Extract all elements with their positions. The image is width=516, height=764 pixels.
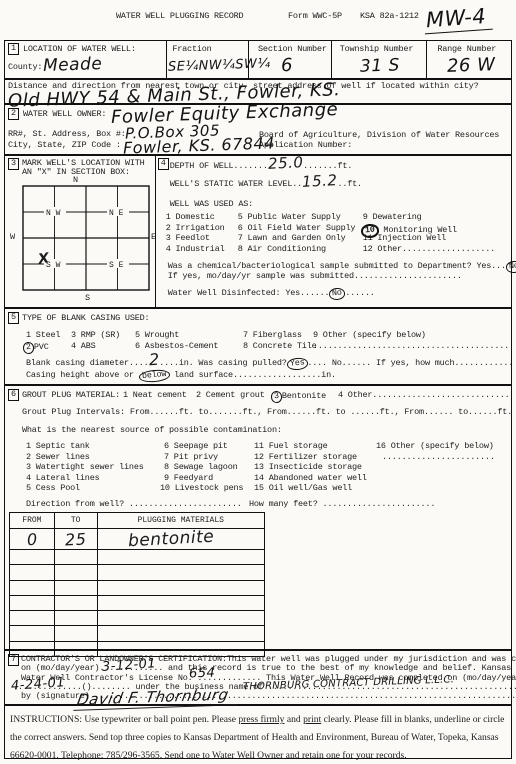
bentonite-circled-number: 3 <box>271 391 283 403</box>
section1-col-county: 1 LOCATION OF WATER WELL: County: Meade <box>5 41 167 78</box>
city-state-zip-label: City, State, ZIP Code : <box>8 141 121 151</box>
casing-height-label: Casing height above or <box>26 370 139 380</box>
table-row <box>10 580 265 595</box>
sample-date-line: If yes, mo/day/yr sample was submitted..… <box>168 272 462 282</box>
casing-diameter-line: Blank casing diameter.... 2 ....in. Was … <box>26 358 513 370</box>
contam-watertight-sewer: 3 Watertight sewer lines <box>26 463 144 473</box>
contam-cess-pool: 5 Cess Pool <box>26 484 80 494</box>
bentonite-label: Bentonite <box>282 391 326 401</box>
casing-option-pvc: 2PVC <box>23 342 49 354</box>
casing-option-wrought: 5 Wrought <box>135 331 179 341</box>
casing-other-dots: ........................................ <box>313 342 509 352</box>
range-number-value-handwritten: 26 W <box>447 54 496 77</box>
how-many-feet-question: How many feet? ....................... <box>249 500 435 510</box>
section-number-label: Section Number <box>258 45 327 55</box>
contamination-question: What is the nearest source of possible c… <box>22 426 282 436</box>
scanned-form-page: { "header": { "title": "WATER WELL PLUGG… <box>0 0 516 764</box>
section1-col-section: Section Number 6 <box>249 41 332 78</box>
depth-suffix: .......ft. <box>303 161 352 171</box>
compass-south-label: S <box>85 294 90 304</box>
from-cell: 0 <box>10 529 55 550</box>
section-grid-sketch: N W N E S W S E X <box>22 185 150 291</box>
section5-number: 5 <box>8 312 19 324</box>
table-row <box>10 565 265 580</box>
section6-title: GROUT PLUG MATERIAL: <box>22 391 120 401</box>
license-number-handwritten: 654 <box>189 666 216 682</box>
city-state-zip-value-handwritten: Fowler, KS. 67844 <box>123 133 275 157</box>
from-cell <box>10 626 55 641</box>
from-cell <box>10 580 55 595</box>
use-option-oil-field: 6 Oil Field Water Supply <box>238 224 356 234</box>
casing-diameter-label: Blank casing diameter.... <box>26 358 149 368</box>
pvc-circled-number: 2 <box>23 341 35 353</box>
material-value-handwritten: bentonite <box>127 527 214 551</box>
section5-title: TYPE OF BLANK CASING USED: <box>22 314 149 324</box>
grout-plug-intervals-line: Grout Plug Intervals: From......ft. to..… <box>22 408 512 418</box>
grout-option-cement-grout: 2 Cement grout <box>196 391 265 401</box>
section7-number: 7 <box>8 654 19 666</box>
depth-of-well-line: DEPTH OF WELL....... 25.0 .......ft. <box>170 161 352 172</box>
instructions-press-firmly-underlined: press firmly <box>238 714 284 725</box>
use-option-lawn-garden: 7 Lawn and Garden Only <box>238 234 346 244</box>
contam-fuel-storage: 11 Fuel storage <box>254 442 328 452</box>
township-number-value-handwritten: 31 S <box>359 55 400 76</box>
instructions-text: INSTRUCTIONS: Use typewriter or ball poi… <box>10 714 504 761</box>
table-row <box>10 550 265 565</box>
from-cell <box>10 611 55 626</box>
well-location-x-mark-handwritten: X <box>36 250 51 268</box>
material-cell <box>97 580 264 595</box>
casing-option-rmp: 3 RMP (SR) <box>71 331 120 341</box>
use-option-public-water: 5 Public Water Supply <box>238 213 341 223</box>
section6-number: 6 <box>8 389 19 401</box>
disinfected-question: Water Well Disinfected: Yes...... <box>168 288 330 298</box>
section4-number: 4 <box>158 158 169 170</box>
material-cell <box>97 626 264 641</box>
distance-row: Distance and direction from nearest town… <box>4 79 512 104</box>
quadrant-se-label: S E <box>109 261 124 270</box>
form-number: Form WWC-5P <box>288 12 342 22</box>
pvc-label: PVC <box>34 342 49 352</box>
quadrant-ne-label: N E <box>109 209 124 218</box>
casing-pulled-question: ....in. Was casing pulled? <box>159 358 286 368</box>
address-label: RR#, St. Address, Box #: <box>8 130 126 140</box>
township-number-label: Township Number <box>340 45 414 55</box>
table-row <box>10 611 265 626</box>
contam-septic-tank: 1 Septic tank <box>26 442 90 452</box>
fraction-label: Fraction <box>172 45 211 55</box>
casing-pulled-yes-circled: Yes <box>286 357 308 370</box>
instructions-print-underlined: print <box>303 714 321 725</box>
grout-option-bentonite: 3Bentonite <box>271 391 326 403</box>
static-level-value-handwritten: 15.2 <box>302 171 338 191</box>
from-column-header: FROM <box>10 513 55 529</box>
use-option-irrigation: 2 Irrigation <box>166 224 225 234</box>
section1-number: 1 <box>8 43 19 55</box>
section2-owner-box: 2 WATER WELL OWNER: Fowler Equity Exchan… <box>4 104 512 155</box>
contam-sewage-lagoon: 8 Sewage lagoon <box>164 463 238 473</box>
use-option-dewatering: 9 Dewatering <box>363 213 422 223</box>
use-option-air-conditioning: 8 Air Conditioning <box>238 245 326 255</box>
section7-certification-box: 7 CONTRACTOR'S OR LANDOWNER'S CERTIFICAT… <box>4 650 512 705</box>
contam-other: 16 Other (specify below) <box>376 442 494 452</box>
section1-col-range: Range Number 26 W <box>427 41 511 78</box>
static-level-label: WELL'S STATIC WATER LEVEL.. <box>170 179 302 189</box>
compass-west-label: W <box>10 233 15 243</box>
disinfected-line: Water Well Disinfected: Yes......No.....… <box>168 288 375 300</box>
county-label: County: <box>8 63 42 73</box>
disinfected-no-circled: No <box>329 287 346 300</box>
below-circled: below <box>138 368 169 382</box>
casing-option-fiberglass: 7 Fiberglass <box>243 331 302 341</box>
material-cell: bentonite <box>97 529 264 550</box>
casing-diameter-value-handwritten: 2 <box>148 350 160 370</box>
material-cell <box>97 550 264 565</box>
static-water-level-line: WELL'S STATIC WATER LEVEL.. 15.2 ..ft. <box>170 179 362 190</box>
to-cell <box>54 550 97 565</box>
section5-casing-box: 5 TYPE OF BLANK CASING USED: 1 Steel 3 R… <box>4 308 512 385</box>
contam-insecticide-storage: 13 Insecticide storage <box>254 463 362 473</box>
use-option-domestic: 1 Domestic <box>166 213 215 223</box>
section3-location-sketch: 3 MARK WELL'S LOCATION WITH AN "X" IN SE… <box>5 156 156 307</box>
section4-well-details: 4 DEPTH OF WELL....... 25.0 .......ft. W… <box>156 156 511 307</box>
page-title: WATER WELL PLUGGING RECORD <box>116 12 243 22</box>
use-option-industrial: 4 Industrial <box>166 245 225 255</box>
well-id-handwritten: MW-4 <box>423 4 493 35</box>
plugging-table-header-row: FROM TO PLUGGING MATERIALS <box>10 513 265 529</box>
material-cell <box>97 611 264 626</box>
contam-lateral-lines: 4 Lateral lines <box>26 474 100 484</box>
from-value-handwritten: 0 <box>26 529 38 549</box>
sample-submitted-no-circled: No <box>505 260 516 273</box>
contam-seepage-pit: 6 Seepage pit <box>164 442 228 452</box>
grout-option-other: 4 Other............................ <box>338 391 510 401</box>
to-cell <box>54 595 97 610</box>
to-cell: 25 <box>54 529 97 550</box>
contam-abandoned-well: 14 Abandoned water well <box>254 474 367 484</box>
casing-option-other: 9 Other (specify below) <box>313 331 426 341</box>
application-number-label: Application Number: <box>259 141 352 151</box>
casing-height-line: Casing height above or below land surfac… <box>26 370 336 382</box>
disinfected-dots: ...... <box>345 288 374 298</box>
to-cell <box>54 611 97 626</box>
contam-pit-privy: 7 Pit privy <box>164 453 218 463</box>
to-cell <box>54 565 97 580</box>
casing-option-concrete: 8 Concrete Tile <box>243 342 317 352</box>
section34-container: 3 MARK WELL'S LOCATION WITH AN "X" IN SE… <box>4 155 512 308</box>
direction-from-well-question: Direction from well? ...................… <box>26 500 242 510</box>
casing-option-abs: 4 ABS <box>71 342 96 352</box>
casing-height-dots: land surface..................in. <box>169 370 336 380</box>
casing-pulled-dots: .... No...... If yes, how much..........… <box>307 358 513 368</box>
to-cell <box>54 626 97 641</box>
owner-label: WATER WELL OWNER: <box>23 110 106 120</box>
depth-value-handwritten: 25.0 <box>267 153 303 173</box>
to-value-handwritten: 25 <box>64 529 86 549</box>
section-number-value-handwritten: 6 <box>281 55 294 76</box>
well-used-as-label: WELL WAS USED AS: <box>170 200 253 210</box>
quadrant-nw-label: N W <box>46 209 61 218</box>
table-row <box>10 626 265 641</box>
county-value-handwritten: Meade <box>43 54 103 76</box>
materials-column-header: PLUGGING MATERIALS <box>97 513 264 529</box>
use-option-injection-well: 11 Injection Well <box>363 234 446 244</box>
plugging-intervals-table: FROM TO PLUGGING MATERIALS 0 25 bentonit… <box>9 512 265 657</box>
grout-option-neat-cement: 1 Neat cement <box>123 391 187 401</box>
section2-number: 2 <box>8 108 19 120</box>
material-cell <box>97 565 264 580</box>
contam-feedyard: 9 Feedyard <box>164 474 213 484</box>
to-column-header: TO <box>54 513 97 529</box>
contam-other-dots: ....................... <box>382 453 495 463</box>
use-option-feedlot: 3 Feedlot <box>166 234 210 244</box>
ksa-statute: KSA 82a-1212 <box>360 12 419 22</box>
section1-col-fraction: Fraction SE¼NW¼SW¼ <box>167 41 249 78</box>
section3-number: 3 <box>8 158 19 170</box>
to-cell <box>54 580 97 595</box>
use-option-other: 12 Other................... <box>363 245 495 255</box>
casing-option-steel: 1 Steel <box>26 331 60 341</box>
table-row: 0 25 bentonite <box>10 529 265 550</box>
range-number-label: Range Number <box>437 45 496 55</box>
instructions-box: INSTRUCTIONS: Use typewriter or ball poi… <box>4 705 512 759</box>
table-row <box>10 595 265 610</box>
from-cell <box>10 565 55 580</box>
sample-submitted-question: Was a chemical/bacteriological sample su… <box>168 261 506 271</box>
instructions-part2: and <box>284 714 303 725</box>
static-level-suffix: ..ft. <box>337 179 362 189</box>
contam-livestock-pens: 10 Livestock pens <box>160 484 243 494</box>
instructions-part1: INSTRUCTIONS: Use typewriter or ball poi… <box>10 714 238 725</box>
material-cell <box>97 595 264 610</box>
contam-sewer-lines: 2 Sewer lines <box>26 453 90 463</box>
from-cell <box>10 550 55 565</box>
section1-location-box: 1 LOCATION OF WATER WELL: County: Meade … <box>4 40 512 79</box>
contam-oil-gas-well: 15 Oil well/Gas well <box>254 484 352 494</box>
contam-fertilizer-storage: 12 Fertilizer storage <box>254 453 357 463</box>
section1-title: LOCATION OF WATER WELL: <box>23 45 136 55</box>
section6-grout-box: 6 GROUT PLUG MATERIAL: 1 Neat cement 2 C… <box>4 385 512 650</box>
from-cell <box>10 595 55 610</box>
depth-label: DEPTH OF WELL....... <box>170 161 268 171</box>
section1-col-township: Township Number 31 S <box>332 41 428 78</box>
